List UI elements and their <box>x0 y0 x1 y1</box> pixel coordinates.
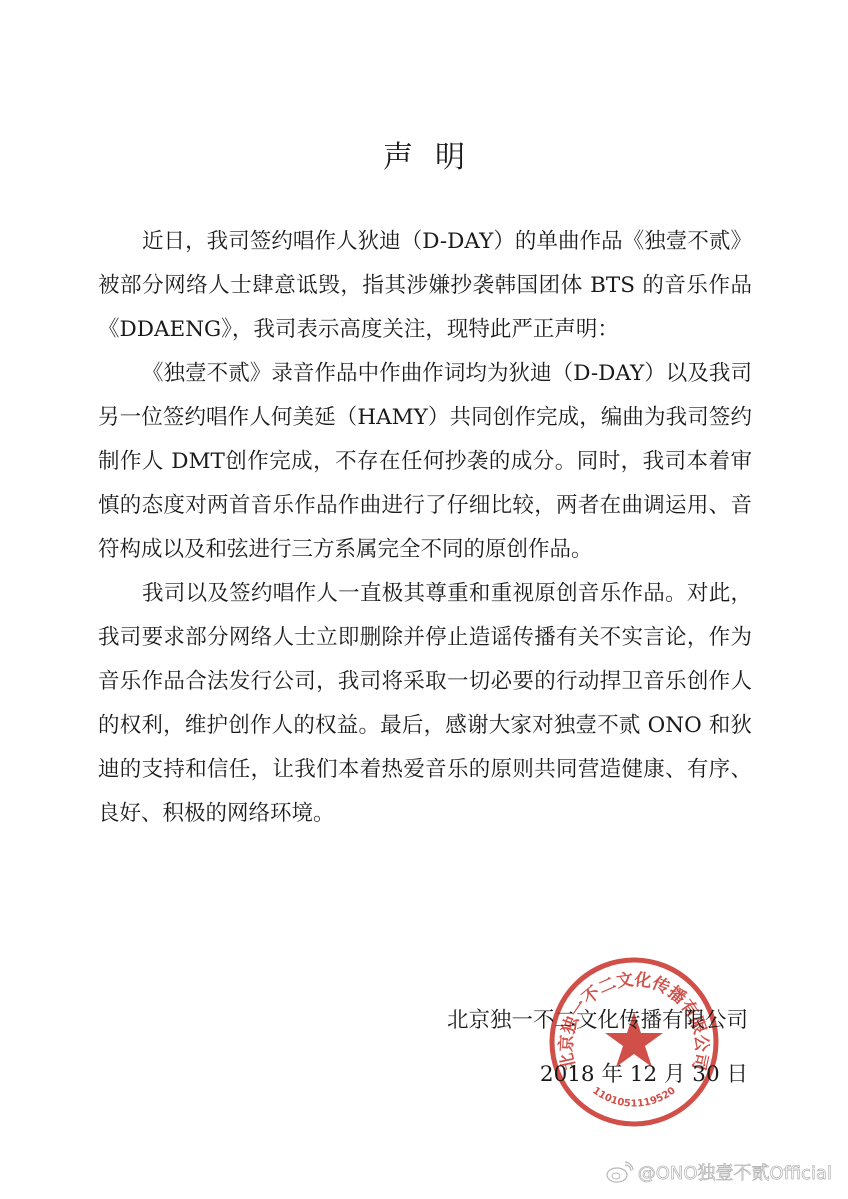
statement-body: 近日，我司签约唱作人狄迪（D-DAY）的单曲作品《独壹不贰》被部分网络人士肆意诋… <box>98 220 752 836</box>
weibo-watermark: @ONO独壹不贰Official <box>606 1159 832 1185</box>
paragraph-2: 《独壹不贰》录音作品中作曲作词均为狄迪（D-DAY）以及我司另一位签约唱作人何美… <box>98 352 752 572</box>
paragraph-1: 近日，我司签约唱作人狄迪（D-DAY）的单曲作品《独壹不贰》被部分网络人士肆意诋… <box>98 220 752 352</box>
statement-date: 2018 年 12 月 30 日 <box>540 1057 748 1088</box>
paragraph-3: 我司以及签约唱作人一直极其尊重和重视原创音乐作品。对此，我司要求部分网络人士立即… <box>98 572 752 836</box>
company-seal-icon: 北京独一不二文化传播有限公司 1101051119520 <box>548 956 720 1128</box>
weibo-icon <box>606 1161 634 1183</box>
document-title: 声明 <box>0 132 848 176</box>
svg-text:1101051119520: 1101051119520 <box>590 1085 678 1109</box>
watermark-text: @ONO独壹不贰Official <box>638 1159 832 1185</box>
company-name: 北京独一不二文化传播有限公司 <box>447 1003 748 1034</box>
